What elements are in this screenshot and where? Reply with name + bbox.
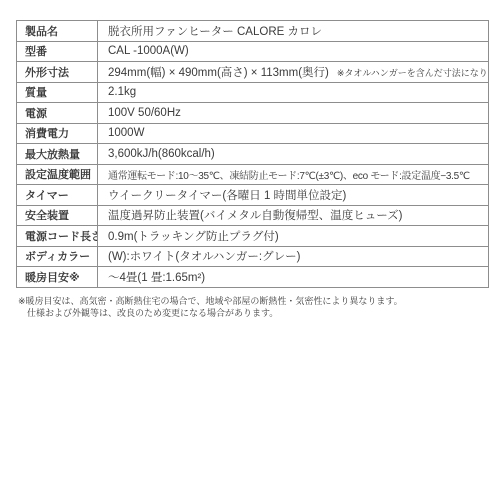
spec-row-label: 外形寸法	[17, 62, 98, 83]
spec-row: 設定温度範囲通常運転モード:10〜35℃、凍結防止モード:7℃(±3℃)、eco…	[17, 164, 489, 185]
spec-row-value-cell: 1000W	[98, 123, 489, 144]
spec-row: 質量2.1kg	[17, 82, 489, 103]
spec-row-value-cell: 温度過昇防止装置(バイメタル自動復帰型、温度ヒューズ)	[98, 205, 489, 226]
spec-row: 外形寸法294mm(幅) × 490mm(高さ) × 113mm(奥行)※タオル…	[17, 62, 489, 83]
spec-row-label: 最大放熱量	[17, 144, 98, 165]
spec-row: 消費電力1000W	[17, 123, 489, 144]
spec-row-label: 暖房目安※	[17, 267, 98, 288]
spec-row-value-cell: 脱衣所用ファンヒーター CALORE カロレ	[98, 21, 489, 42]
spec-row-value-note: ※タオルハンガーを含んだ寸法になります	[337, 68, 489, 78]
spec-row-value-cell: 〜4畳(1 畳:1.65m²)	[98, 267, 489, 288]
spec-row-value: 100V 50/60Hz	[108, 107, 181, 119]
spec-row: 暖房目安※〜4畳(1 畳:1.65m²)	[17, 267, 489, 288]
spec-row-label: 電源コード長さ	[17, 226, 98, 247]
spec-row-value: 0.9m(トラッキング防止プラグ付)	[108, 231, 279, 243]
spec-row-value: ウイークリータイマー(各曜日 1 時間単位設定)	[108, 190, 346, 202]
spec-row-label: 質量	[17, 82, 98, 103]
spec-row: タイマーウイークリータイマー(各曜日 1 時間単位設定)	[17, 185, 489, 206]
spec-row: 電源コード長さ0.9m(トラッキング防止プラグ付)	[17, 226, 489, 247]
spec-row: 安全装置温度過昇防止装置(バイメタル自動復帰型、温度ヒューズ)	[17, 205, 489, 226]
spec-row: 型番CAL -1000A(W)	[17, 41, 489, 62]
spec-row-value: 3,600kJ/h(860kcal/h)	[108, 148, 215, 160]
spec-row-value-cell: CAL -1000A(W)	[98, 41, 489, 62]
spec-sheet-page: 製品名脱衣所用ファンヒーター CALORE カロレ型番CAL -1000A(W)…	[0, 0, 500, 319]
spec-row-value: 温度過昇防止装置(バイメタル自動復帰型、温度ヒューズ)	[108, 210, 402, 222]
spec-row-value-cell: 100V 50/60Hz	[98, 103, 489, 124]
spec-row-label: 設定温度範囲	[17, 164, 98, 185]
spec-row-value-cell: ウイークリータイマー(各曜日 1 時間単位設定)	[98, 185, 489, 206]
spec-row: 製品名脱衣所用ファンヒーター CALORE カロレ	[17, 21, 489, 42]
spec-row-label: 製品名	[17, 21, 98, 42]
spec-row-value-cell: 3,600kJ/h(860kcal/h)	[98, 144, 489, 165]
spec-row: 電源100V 50/60Hz	[17, 103, 489, 124]
spec-row-value: 〜4畳(1 畳:1.65m²)	[108, 272, 205, 284]
spec-row-value: 2.1kg	[108, 86, 136, 98]
spec-table: 製品名脱衣所用ファンヒーター CALORE カロレ型番CAL -1000A(W)…	[16, 20, 489, 288]
spec-row-value-cell: 0.9m(トラッキング防止プラグ付)	[98, 226, 489, 247]
spec-row-label: 型番	[17, 41, 98, 62]
spec-row-label: 安全装置	[17, 205, 98, 226]
spec-row-value-cell: 通常運転モード:10〜35℃、凍結防止モード:7℃(±3℃)、eco モード:設…	[98, 164, 489, 185]
footnotes: ※暖房目安は、高気密・高断熱住宅の場合で、地域や部屋の断熱性・気密性により異なり…	[16, 295, 489, 319]
spec-row-label: 電源	[17, 103, 98, 124]
spec-row: ボディカラー(W):ホワイト(タオルハンガー:グレー)	[17, 246, 489, 267]
spec-row-value: 通常運転モード:10〜35℃、凍結防止モード:7℃(±3℃)、eco モード:設…	[108, 171, 470, 182]
spec-table-body: 製品名脱衣所用ファンヒーター CALORE カロレ型番CAL -1000A(W)…	[17, 21, 489, 288]
spec-row-value: (W):ホワイト(タオルハンガー:グレー)	[108, 251, 300, 263]
spec-row-value-cell: 2.1kg	[98, 82, 489, 103]
spec-row: 最大放熱量3,600kJ/h(860kcal/h)	[17, 144, 489, 165]
spec-row-label: 消費電力	[17, 123, 98, 144]
footnote-heating-guideline: ※暖房目安は、高気密・高断熱住宅の場合で、地域や部屋の断熱性・気密性により異なり…	[18, 295, 489, 307]
spec-row-value: 脱衣所用ファンヒーター CALORE カロレ	[108, 26, 322, 38]
spec-row-label: タイマー	[17, 185, 98, 206]
spec-row-label: ボディカラー	[17, 246, 98, 267]
spec-row-value-cell: (W):ホワイト(タオルハンガー:グレー)	[98, 246, 489, 267]
spec-row-value: 1000W	[108, 127, 144, 139]
footnote-spec-change: 仕様および外観等は、改良のため変更になる場合があります。	[18, 307, 489, 319]
spec-row-value: CAL -1000A(W)	[108, 45, 189, 57]
spec-row-value: 294mm(幅) × 490mm(高さ) × 113mm(奥行)	[108, 67, 329, 79]
spec-row-value-cell: 294mm(幅) × 490mm(高さ) × 113mm(奥行)※タオルハンガー…	[98, 62, 489, 83]
